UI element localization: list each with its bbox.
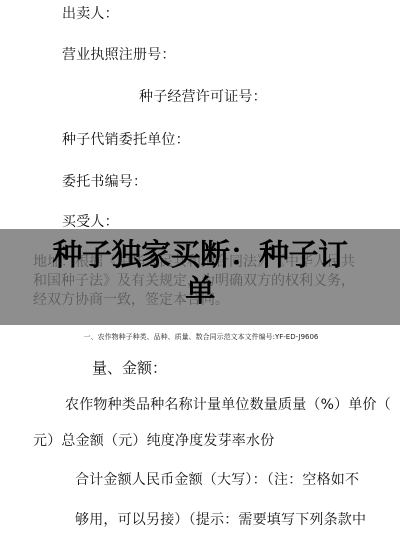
table-text-row: 元）总金额（元）纯度净度发芽率水份	[33, 432, 274, 450]
banner-title: 种子独家买断：种子订 单	[0, 236, 400, 312]
table-text-row: 合计金额人民币金额（大写）：（注：空格如不	[75, 471, 359, 489]
document-header-note: 一、农作物种子种类、品种、质量、数合同示范文本文件编号:YF-ED-J9606	[0, 332, 400, 342]
table-text-row: 农作物种类品种名称计量单位数量质量（%）单价（	[65, 396, 391, 414]
proxy-letter-field-label: 委托书编号：	[62, 173, 147, 191]
business-license-field-label: 营业执照注册号：	[62, 46, 176, 64]
seller-field-label: 出卖人：	[62, 5, 119, 23]
banner-title-line2: 单	[0, 272, 400, 312]
table-text-row: 够用，可以另接）（提示：需要填写下列条款中	[75, 511, 366, 529]
consignment-unit-field-label: 种子代销委托单位：	[62, 131, 190, 149]
seed-permit-field-label: 种子经营许可证号：	[139, 88, 267, 106]
banner-title-line1: 种子独家买断：种子订	[0, 236, 400, 276]
section-title: 量、金额：	[92, 358, 167, 378]
